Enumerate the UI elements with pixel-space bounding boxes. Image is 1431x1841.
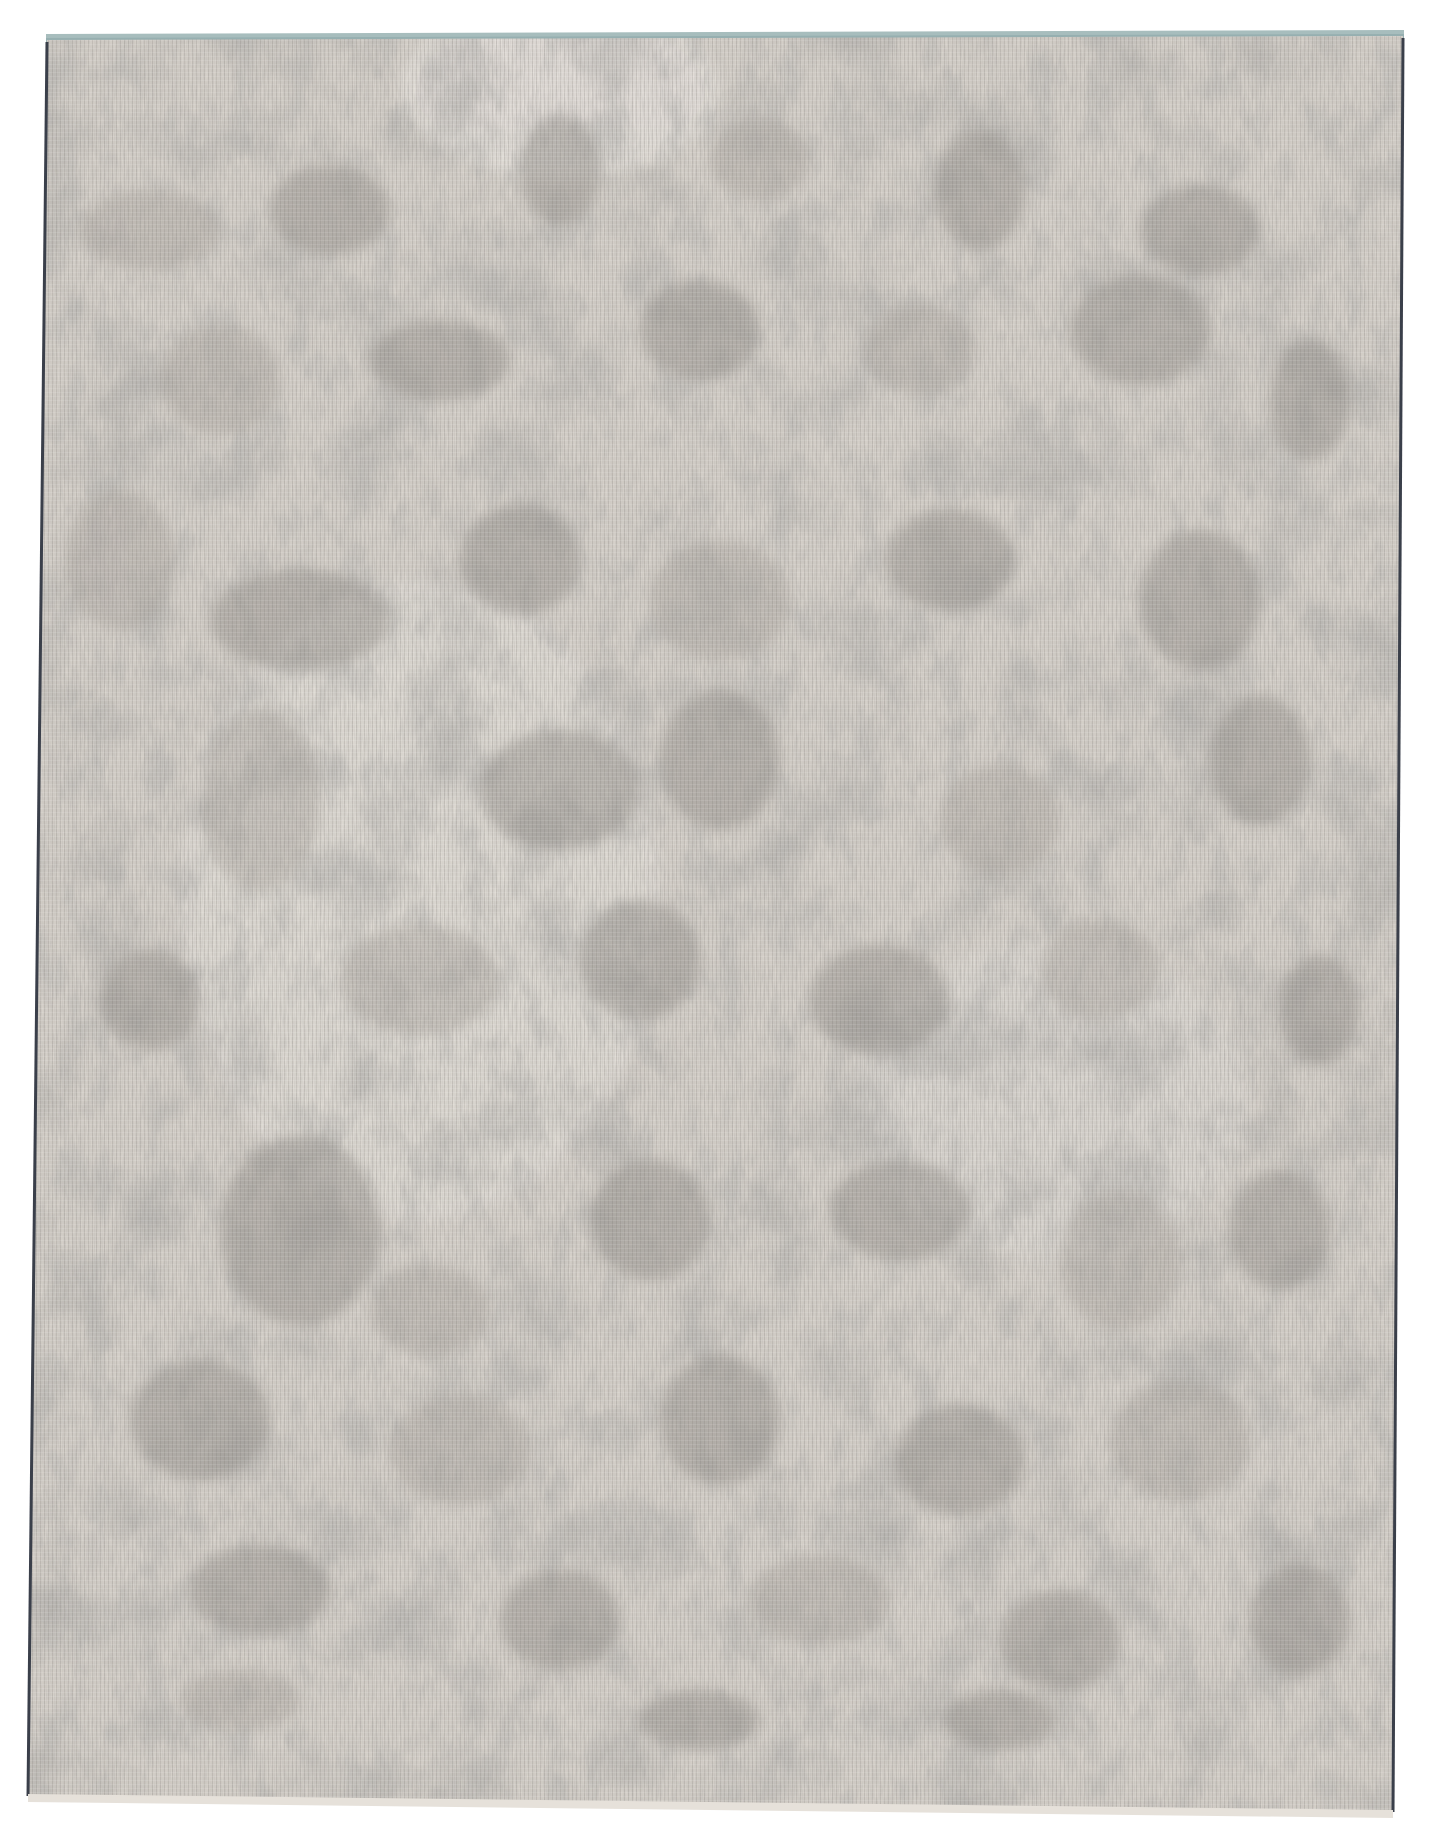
- rug-photo: [0, 0, 1431, 1841]
- rug-body: [0, 0, 1431, 1841]
